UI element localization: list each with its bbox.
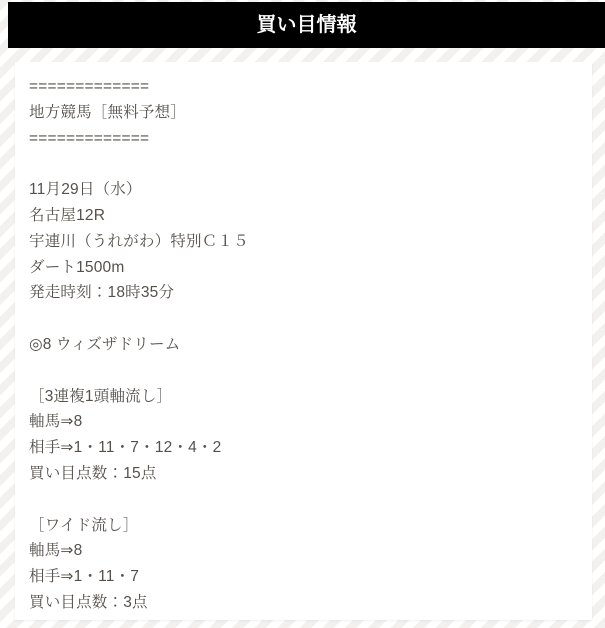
text-line: ［3連複1頭軸流し］ [29, 384, 576, 410]
text-line: 軸馬⇒8 [29, 538, 576, 564]
text-line: 買い目点数：15点 [29, 461, 576, 487]
text-line: ダート1500m [29, 255, 576, 281]
text-line: ============= [29, 126, 576, 152]
text-line [29, 487, 576, 513]
betting-info-card: =============地方競馬［無料予想］=============11月2… [15, 62, 592, 620]
text-line: ［ワイド流し］ [29, 513, 576, 539]
page-background: { "header": { "title": "買い目情報" }, "card"… [0, 0, 605, 628]
text-line [29, 358, 576, 384]
text-line: 発走時刻：18時35分 [29, 280, 576, 306]
page-title: 買い目情報 [257, 15, 357, 35]
text-line: 地方競馬［無料予想］ [29, 100, 576, 126]
text-line: 11月29日（水） [29, 177, 576, 203]
text-line: 相手⇒1・11・7・12・4・2 [29, 435, 576, 461]
text-line: ============= [29, 74, 576, 100]
text-line: 宇連川（うれがわ）特別Ｃ１５ [29, 229, 576, 255]
text-line: ◎8 ウィズザドリーム [29, 332, 576, 358]
text-line [29, 151, 576, 177]
text-line: 名古屋12R [29, 203, 576, 229]
text-line [29, 306, 576, 332]
text-line: 買い目点数：3点 [29, 590, 576, 616]
header-bar: 買い目情報 [8, 2, 605, 48]
text-line: 相手⇒1・11・7 [29, 564, 576, 590]
text-line: 軸馬⇒8 [29, 409, 576, 435]
